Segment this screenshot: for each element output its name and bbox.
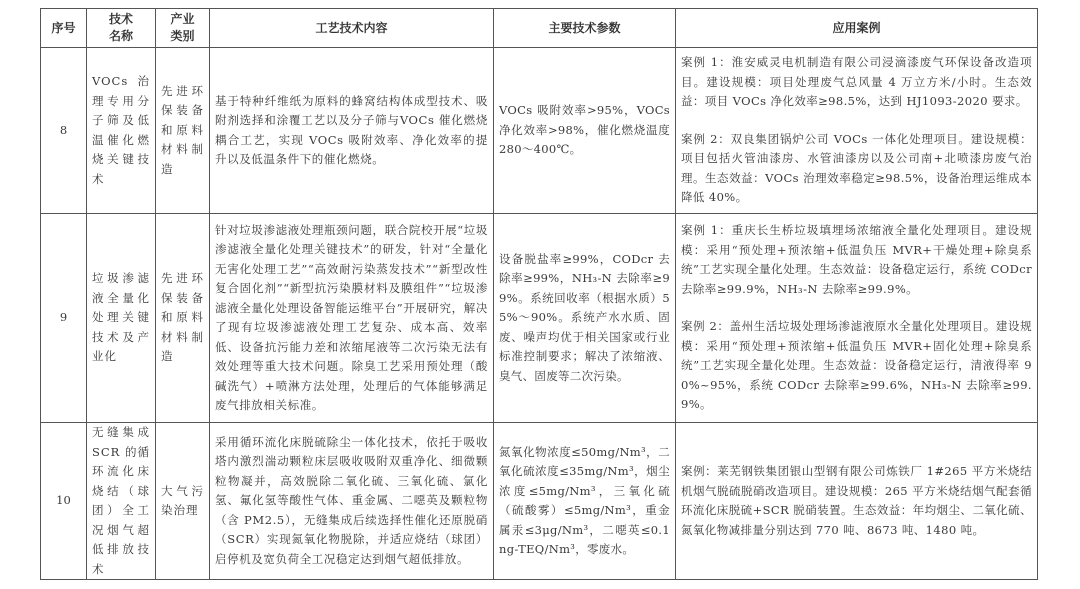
table-row: 9 垃圾渗滤液全量化处理关键技术及产业化 先进环保装备和原料材料制造 针对垃圾渗… bbox=[41, 214, 1038, 423]
header-content: 工艺技术内容 bbox=[210, 9, 494, 48]
case-item: 案例：莱芜钢铁集团银山型钢有限公司炼铁厂 1#265 平方米烧结机烟气脱硫脱硝改… bbox=[681, 462, 1032, 540]
header-params: 主要技术参数 bbox=[494, 9, 676, 48]
row-params: VOCs 吸附效率>95%，VOCs 净化效率>98%，催化燃烧温度 280～4… bbox=[494, 48, 676, 214]
technology-table: 序号 技术 名称 产业 类别 工艺技术内容 主要技术参数 应用案例 8 VOCs… bbox=[40, 8, 1038, 580]
row-cases: 案例：莱芜钢铁集团银山型钢有限公司炼铁厂 1#265 平方米烧结机烟气脱硫脱硝改… bbox=[676, 423, 1038, 580]
header-cases: 应用案例 bbox=[676, 9, 1038, 48]
header-seq: 序号 bbox=[41, 9, 87, 48]
row-category: 先进环保装备和原料材料制造 bbox=[156, 214, 210, 423]
row-seq: 8 bbox=[41, 48, 87, 214]
header-tech-name: 技术 名称 bbox=[87, 9, 156, 48]
header-category-line2: 类别 bbox=[161, 28, 204, 45]
row-content: 针对垃圾渗滤液处理瓶颈问题，联合院校开展“垃圾渗滤液全量化处理关键技术”的研发，… bbox=[210, 214, 494, 423]
row-category: 大气污染治理 bbox=[156, 423, 210, 580]
table-row: 8 VOCs 治理专用分子筛及低温催化燃烧关键技术 先进环保装备和原料材料制造 … bbox=[41, 48, 1038, 214]
case-spacer bbox=[681, 112, 1032, 130]
header-tech-name-line1: 技术 bbox=[92, 11, 150, 28]
row-seq: 10 bbox=[41, 423, 87, 580]
row-params: 氮氧化物浓度≤50mg/Nm³，二氧化硫浓度≤35mg/Nm³，烟尘浓度≤5mg… bbox=[494, 423, 676, 580]
case-item: 案例 2：双良集团锅炉公司 VOCs 一体化处理项目。建设规模：项目包括火管油漆… bbox=[681, 130, 1032, 208]
header-row: 序号 技术 名称 产业 类别 工艺技术内容 主要技术参数 应用案例 bbox=[41, 9, 1038, 48]
case-item: 案例 1：淮安威灵电机制造有限公司浸滴漆废气环保设备改造项目。建设规模：项目处理… bbox=[681, 53, 1032, 112]
table-row: 10 无缝集成 SCR 的循环流化床烧结（球团）全工况烟气超低排放技术 大气污染… bbox=[41, 423, 1038, 580]
header-category: 产业 类别 bbox=[156, 9, 210, 48]
case-item: 案例 2：盖州生活垃圾处理场渗滤液原水全量化处理项目。建设规模：采用“预处理+预… bbox=[681, 317, 1032, 415]
row-cases: 案例 1：重庆长生桥垃圾填埋场浓缩液全量化处理项目。建设规模：采用“预处理+预浓… bbox=[676, 214, 1038, 423]
case-item: 案例 1：重庆长生桥垃圾填埋场浓缩液全量化处理项目。建设规模：采用“预处理+预浓… bbox=[681, 221, 1032, 299]
row-cases: 案例 1：淮安威灵电机制造有限公司浸滴漆废气环保设备改造项目。建设规模：项目处理… bbox=[676, 48, 1038, 214]
row-content: 采用循环流化床脱硫除尘一体化技术，依托于吸收塔内激烈湍动颗粒床层吸收吸附双重净化… bbox=[210, 423, 494, 580]
row-seq: 9 bbox=[41, 214, 87, 423]
header-tech-name-line2: 名称 bbox=[92, 28, 150, 45]
case-spacer bbox=[681, 299, 1032, 317]
row-params: 设备脱盐率≥99%，CODcr 去除率≥99%，NH₃-N 去除率≥99%。系统… bbox=[494, 214, 676, 423]
header-category-line1: 产业 bbox=[161, 11, 204, 28]
row-category: 先进环保装备和原料材料制造 bbox=[156, 48, 210, 214]
row-tech-name: VOCs 治理专用分子筛及低温催化燃烧关键技术 bbox=[87, 48, 156, 214]
row-tech-name: 垃圾渗滤液全量化处理关键技术及产业化 bbox=[87, 214, 156, 423]
row-tech-name: 无缝集成 SCR 的循环流化床烧结（球团）全工况烟气超低排放技术 bbox=[87, 423, 156, 580]
row-content: 基于特种纤维纸为原料的蜂窝结构体成型技术、吸附剂选择和涂覆工艺以及分子筛与VOC… bbox=[210, 48, 494, 214]
